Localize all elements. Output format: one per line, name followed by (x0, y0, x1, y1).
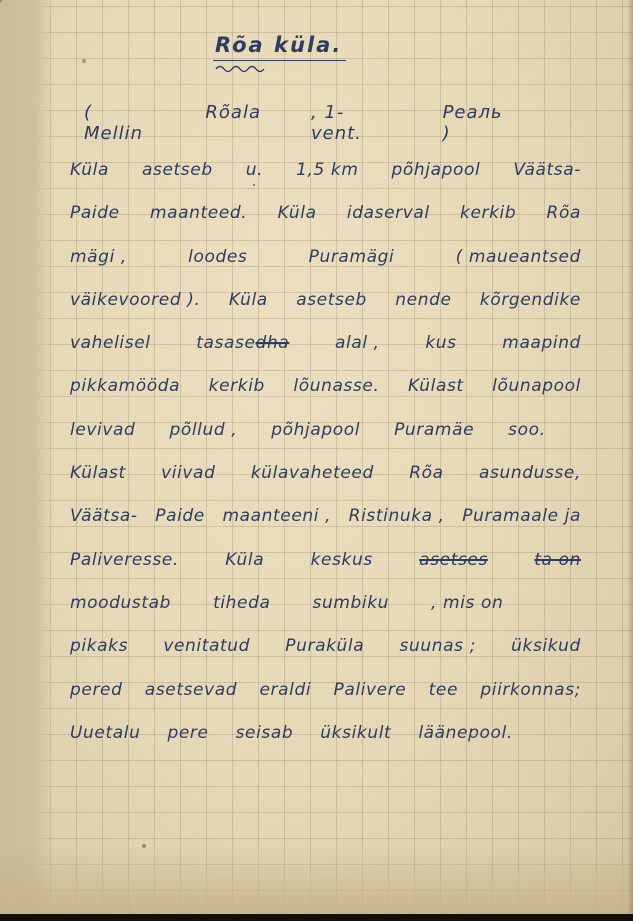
wavy-underline (215, 64, 267, 72)
word: kus (425, 333, 456, 353)
handwritten-text: Külaasetsebu.1,5 kmpõhjapoolVäätsa-Paide… (70, 160, 581, 766)
word: Rõala (205, 102, 261, 144)
word: põhjapool (392, 160, 481, 180)
word: keskus (311, 550, 373, 570)
word: suunas ; (400, 636, 476, 656)
word: läänepool. (418, 723, 513, 743)
word: viivad (161, 463, 215, 483)
text-line-14: Uuetalupereseisabüksikultläänepool. (70, 723, 581, 766)
word: Uuetalu (70, 723, 140, 743)
text-line-7: levivadpõllud ,põhjapoolPuramäesoo. (70, 420, 581, 463)
word: Puramägi (309, 247, 395, 267)
word: Paide (155, 506, 205, 526)
word: asetseb (142, 160, 213, 180)
struck-text: dha (256, 333, 290, 353)
text-line-6: pikkamöödakerkiblõunasse.Külastlõunapool (70, 376, 581, 419)
word-part: tasase (196, 333, 255, 353)
word: ( Mellin (84, 102, 155, 144)
word: vahelisel (70, 333, 151, 353)
struck-text: asetses (419, 550, 488, 570)
scan-bottom-bar (0, 914, 633, 921)
word: Paliveresse. (70, 550, 179, 570)
word: Palivere (333, 680, 406, 700)
word: Rõa (409, 463, 443, 483)
text-line-4: väikevoored ).Külaasetsebnendekõrgendike (70, 290, 581, 333)
word: sumbiku (313, 593, 390, 613)
word: Küla (229, 290, 268, 310)
word: külavaheteed (251, 463, 374, 483)
text-line-10: Paliveresse.Külakeskusasetsesta on (70, 550, 581, 593)
word: 1,5 km (296, 160, 358, 180)
struck-text: ta on (534, 550, 581, 570)
word: levivad (70, 420, 135, 440)
word: loodes (188, 247, 247, 267)
paper-specks (0, 0, 2, 2)
word: seisab (236, 723, 294, 743)
word: Ristinuka , (349, 506, 445, 526)
text-line-3: mägi ,loodesPuramägi( maueantsed (70, 247, 581, 290)
word: asetsevad (145, 680, 237, 700)
word: väikevoored ). (70, 290, 200, 310)
page-right-edge-shadow (627, 0, 633, 921)
word: põllud , (169, 420, 237, 440)
word: piirkonnas; (480, 680, 581, 700)
word: Küla (225, 550, 264, 570)
notebook-page: Rõa küla. ( MellinRõala, 1-vent.Реаль ) … (0, 0, 633, 921)
word: pikkamööda (70, 376, 180, 396)
word: Реаль ) (443, 102, 515, 144)
word: Puramäe (394, 420, 474, 440)
text-line-5: vaheliseltasasedhaalal ,kusmaapind (70, 333, 581, 376)
word: Küla (70, 160, 109, 180)
word: eraldi (259, 680, 311, 700)
word: pikaks (70, 636, 128, 656)
word: üksikult (320, 723, 391, 743)
word: pered (70, 680, 123, 700)
word: alal , (335, 333, 380, 353)
word: Külast (408, 376, 464, 396)
word: tiheda (213, 593, 270, 613)
word: lõunasse. (293, 376, 379, 396)
word: kerkib (460, 203, 516, 223)
word: tasasedha (196, 333, 289, 353)
word: Küla (278, 203, 317, 223)
word: , 1-vent. (311, 102, 393, 144)
text-line-8: KülastviivadkülavaheteedRõaasundusse, (70, 463, 581, 506)
word: moodustab (70, 593, 171, 613)
word: idaserval (347, 203, 430, 223)
word: , mis on (431, 593, 503, 613)
word: asundusse, (479, 463, 581, 483)
word: Paide (70, 203, 120, 223)
page-bottom-shadow (0, 843, 633, 921)
text-line-13: peredasetsevaderaldiPalivereteepiirkonna… (70, 680, 581, 723)
word: venitatud (163, 636, 250, 656)
word: üksikud (511, 636, 581, 656)
word: Väätsa- (513, 160, 581, 180)
word: lõunapool (492, 376, 581, 396)
word: tee (429, 680, 458, 700)
page-title: Rõa küla. (213, 33, 346, 61)
word: Rõa (547, 203, 581, 223)
word: kõrgendike (480, 290, 581, 310)
word: mägi , (70, 247, 127, 267)
text-line-11: moodustabtihedasumbiku, mis on (70, 593, 581, 636)
text-line-12: pikaksvenitatudPurakülasuunas ;üksikud (70, 636, 581, 679)
word: Väätsa- (70, 506, 138, 526)
word: nende (395, 290, 451, 310)
word: pere (167, 723, 208, 743)
word: maanteeni , (222, 506, 331, 526)
word: u. (246, 160, 263, 180)
word: Puramaale ja (462, 506, 581, 526)
text-line-9: Väätsa-Paidemaanteeni ,Ristinuka ,Purama… (70, 506, 581, 549)
word: maapind (502, 333, 581, 353)
text-line-1: Külaasetsebu.1,5 kmpõhjapoolVäätsa- (70, 160, 581, 203)
word: Puraküla (285, 636, 364, 656)
word: kerkib (209, 376, 265, 396)
word: Külast (70, 463, 126, 483)
word: soo. (508, 420, 545, 440)
word: põhjapool (271, 420, 360, 440)
subtitle-line: ( MellinRõala, 1-vent.Реаль ) (84, 102, 515, 144)
page-left-margin (0, 0, 54, 921)
title-block: Rõa küla. (213, 33, 346, 61)
word: ( maueantsed (456, 247, 581, 267)
word: maanteed. (150, 203, 247, 223)
word: asetseb (296, 290, 367, 310)
text-line-2: Paidemaanteed.KülaidaservalkerkibRõa (70, 203, 581, 246)
